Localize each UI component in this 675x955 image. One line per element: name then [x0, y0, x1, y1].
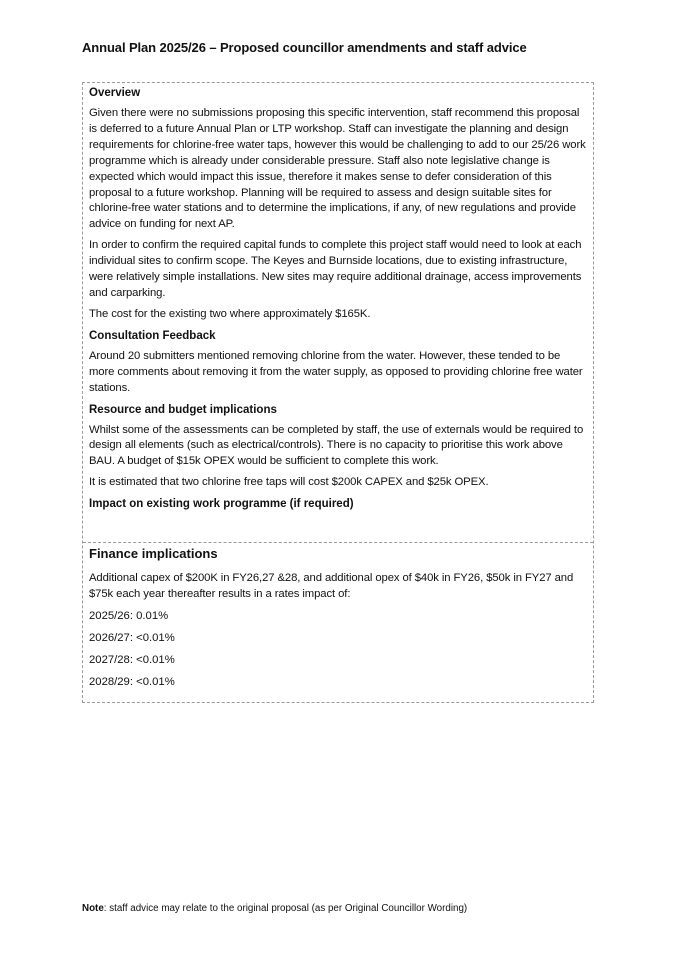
advice-table: Overview Given there were no submissions… — [82, 82, 594, 703]
rates-impact-item: 2028/29: <0.01% — [89, 674, 587, 690]
document-title: Annual Plan 2025/26 – Proposed councillo… — [82, 40, 527, 55]
rates-impact-item: 2027/28: <0.01% — [89, 652, 587, 668]
finance-heading: Finance implications — [89, 545, 587, 563]
overview-paragraph: In order to confirm the required capital… — [89, 238, 587, 302]
consultation-heading: Consultation Feedback — [89, 328, 587, 344]
note-label: Note — [82, 903, 104, 914]
overview-paragraph: Given there were no submissions proposin… — [89, 106, 587, 233]
resource-paragraph: It is estimated that two chlorine free t… — [89, 475, 587, 491]
rates-impact-item: 2026/27: <0.01% — [89, 630, 587, 646]
resource-paragraph: Whilst some of the assessments can be co… — [89, 423, 587, 471]
overview-heading: Overview — [89, 85, 587, 101]
rates-impact-item: 2025/26: 0.01% — [89, 608, 587, 624]
impact-heading: Impact on existing work programme (if re… — [89, 496, 587, 512]
staff-advice-cell: Overview Given there were no submissions… — [83, 83, 593, 543]
finance-intro: Additional capex of $200K in FY26,27 &28… — [89, 571, 587, 603]
finance-cell: Finance implications Additional capex of… — [83, 543, 593, 702]
consultation-paragraph: Around 20 submitters mentioned removing … — [89, 349, 587, 397]
resource-heading: Resource and budget implications — [89, 402, 587, 418]
overview-paragraph: The cost for the existing two where appr… — [89, 307, 587, 323]
note-text: : staff advice may relate to the origina… — [104, 903, 467, 914]
footer-note: Note: staff advice may relate to the ori… — [82, 903, 467, 914]
